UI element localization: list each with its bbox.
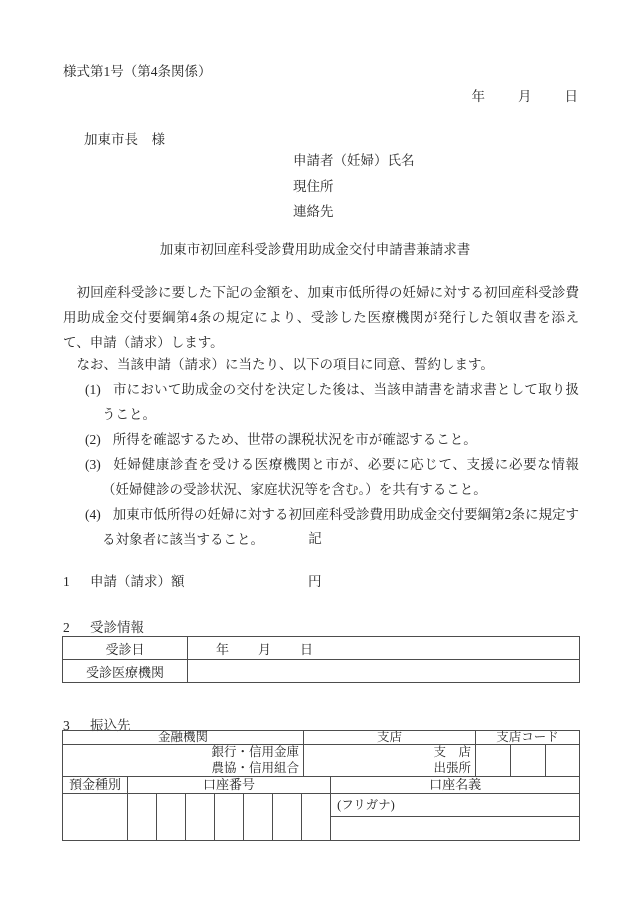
pledge-item-2: (2)所得を確認するため、世帯の課税状況を市が確認すること。: [102, 427, 579, 452]
yen-unit: 円: [308, 570, 322, 590]
pledge-number: (3): [85, 457, 101, 472]
amount-label: 申請（請求）額: [90, 574, 185, 589]
account-number-box-3: [186, 794, 215, 841]
branch-code-box-1: [476, 745, 511, 777]
pledge-text: 妊婦健康診査を受ける医療機関と市が、必要に応じて、支援に必要な情報（妊婦健診の受…: [102, 457, 579, 497]
body-paragraph: 初回産科受診に要した下記の金額を、加東市低所得の妊婦に対する初回産科受診費用助成…: [63, 280, 579, 355]
bank-transfer-table: 金融機関 支店 支店コード 銀行・信用金庫 農協・信用組合 支 店 出張所: [62, 730, 579, 841]
furigana-label: (フリガナ): [331, 794, 579, 817]
financial-type-1: 銀行・信用金庫: [63, 745, 299, 761]
account-name-header: 口座名義: [331, 777, 580, 794]
exam-date-value: 年 月 日: [188, 637, 580, 660]
pledge-item-3: (3)妊婦健康診査を受ける医療機関と市が、必要に応じて、支援に必要な情報（妊婦健…: [102, 452, 579, 502]
section-number: 2: [63, 620, 90, 636]
account-type-header: 預金種別: [63, 777, 128, 794]
financial-institution-header: 金融機関: [63, 731, 304, 745]
pledge-item-1: (1)市において助成金の交付を決定した後は、当該申請書を請求書として取り扱うこと…: [102, 377, 579, 427]
branch-code-box-2: [511, 745, 546, 777]
account-type-cell: [63, 794, 128, 841]
account-header-row: 預金種別 口座番号 口座名義: [63, 777, 580, 794]
exam-institution-row: 受診医療機関: [63, 660, 580, 683]
pledge-text: 所得を確認するため、世帯の課税状況を市が確認すること。: [113, 432, 477, 447]
form-number: 様式第1号（第4条関係）: [63, 60, 212, 80]
section-exam-label: 2受診情報: [63, 616, 144, 636]
pledge-number: (4): [85, 507, 101, 522]
account-name-cell: (フリガナ): [331, 794, 580, 841]
note-line: なお、当該申請（請求）に当たり、以下の項目に同意、誓約します。: [63, 352, 579, 377]
financial-institution-cell: 銀行・信用金庫 農協・信用組合: [63, 745, 304, 777]
agreement-block: なお、当該申請（請求）に当たり、以下の項目に同意、誓約します。 (1)市において…: [63, 352, 579, 552]
exam-institution-value: [188, 660, 580, 683]
account-number-box-7: [302, 794, 331, 841]
pledge-text: 市において助成金の交付を決定した後は、当該申請書を請求書として取り扱うこと。: [102, 382, 579, 422]
section-number: 1: [63, 574, 90, 590]
record-marker: 記: [0, 527, 630, 547]
applicant-contact-label: 連絡先: [293, 199, 415, 225]
account-data-row: (フリガナ): [63, 794, 580, 841]
section-amount: 1申請（請求）額 円: [63, 570, 579, 590]
financial-type-2: 農協・信用組合: [63, 761, 299, 777]
exam-institution-header: 受診医療機関: [63, 660, 188, 683]
branch-header: 支店: [304, 731, 476, 745]
exam-date-row: 受診日 年 月 日: [63, 637, 580, 660]
bank-header-row: 金融機関 支店 支店コード: [63, 731, 580, 745]
exam-info-table: 受診日 年 月 日 受診医療機関: [62, 636, 580, 683]
branch-code-header: 支店コード: [476, 731, 580, 745]
applicant-name-label: 申請者（妊婦）氏名: [293, 148, 415, 174]
bank-data-row: 銀行・信用金庫 農協・信用組合 支 店 出張所: [63, 745, 580, 777]
exam-date-header: 受診日: [63, 637, 188, 660]
pledge-number: (2): [85, 432, 101, 447]
document-title: 加東市初回産科受診費用助成金交付申請書兼請求書: [0, 238, 630, 258]
account-number-box-2: [157, 794, 186, 841]
date-line: 年 月 日: [472, 85, 581, 105]
document-page: 様式第1号（第4条関係） 年 月 日 加東市長 様 申請者（妊婦）氏名 現住所 …: [0, 0, 630, 903]
account-number-box-6: [273, 794, 302, 841]
branch-cell: 支 店 出張所: [304, 745, 476, 777]
bank-table-bottom: 預金種別 口座番号 口座名義 (フリガナ): [62, 776, 580, 841]
account-number-box-1: [128, 794, 157, 841]
addressee: 加東市長 様: [84, 128, 165, 148]
account-number-box-4: [215, 794, 244, 841]
account-number-box-5: [244, 794, 273, 841]
pledge-number: (1): [85, 382, 101, 397]
branch-type-2: 出張所: [304, 761, 471, 777]
account-name-blank: [331, 817, 579, 840]
applicant-block: 申請者（妊婦）氏名 現住所 連絡先: [293, 148, 415, 225]
exam-label: 受診情報: [90, 620, 144, 635]
branch-code-box-3: [546, 745, 580, 777]
account-number-header: 口座番号: [128, 777, 331, 794]
bank-table-top: 金融機関 支店 支店コード 銀行・信用金庫 農協・信用組合 支 店 出張所: [62, 730, 580, 777]
branch-type-1: 支 店: [304, 745, 471, 761]
applicant-address-label: 現住所: [293, 174, 415, 200]
